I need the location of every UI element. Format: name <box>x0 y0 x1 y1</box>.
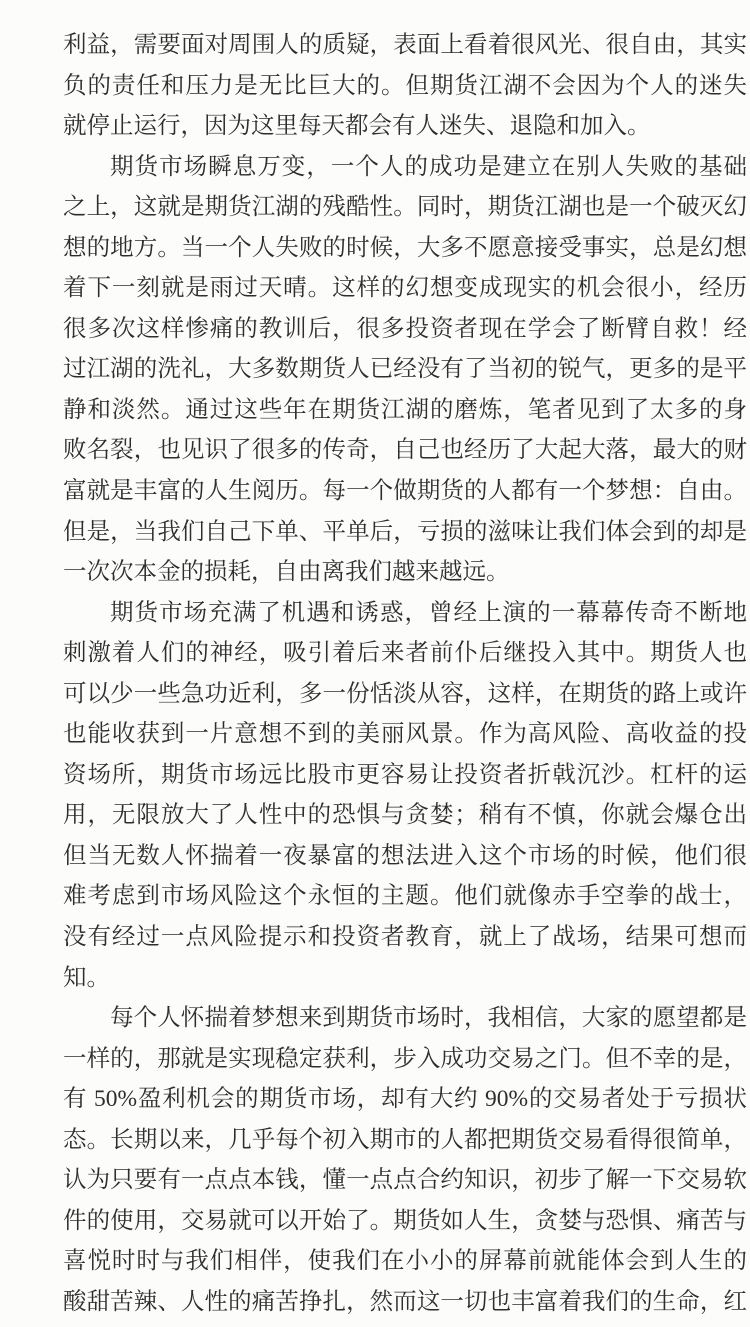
text-line: 也能收获到一片意想不到的美丽风景。作为高风险、高收益的投 <box>63 714 747 755</box>
text-line: 没有经过一点风险提示和投资者教育，就上了战场，结果可想而 <box>63 917 747 958</box>
text-line: 富就是丰富的人生阅历。每一个做期货的人都有一个梦想：自由。 <box>63 471 747 512</box>
text-line: 很多次这样惨痛的教训后，很多投资者现在学会了断臂自救！经 <box>63 309 747 350</box>
text-line: 知。 <box>63 958 747 999</box>
text-line: 静和淡然。通过这些年在期货江湖的磨炼，笔者见到了太多的身 <box>63 390 747 431</box>
text-line: 但当无数人怀揣着一夜暴富的想法进入这个市场的时候，他们很 <box>63 836 747 877</box>
text-line: 件的使用，交易就可以开始了。期货如人生，贪婪与恐惧、痛苦与 <box>63 1201 747 1242</box>
text-line: 认为只要有一点点本钱，懂一点点合约知识，初步了解一下交易软 <box>63 1160 747 1201</box>
text-line: 过江湖的洗礼，大多数期货人已经没有了当初的锐气，更多的是平 <box>63 349 747 390</box>
text-line: 负的责任和压力是无比巨大的。但期货江湖不会因为个人的迷失 <box>63 66 747 107</box>
text-line: 资场所，期货市场远比股市更容易让投资者折戟沉沙。杠杆的运 <box>63 755 747 796</box>
body-text: 利益，需要面对周围人的质疑，表面上看着很风光、很自由，其实背 负的责任和压力是无… <box>63 25 747 1323</box>
text-line: 难考虑到市场风险这个永恒的主题。他们就像赤手空拳的战士， <box>63 876 747 917</box>
text-line: 一样的，那就是实现稳定获利，步入成功交易之门。但不幸的是， <box>63 1039 747 1080</box>
text-line: 利益，需要面对周围人的质疑，表面上看着很风光、很自由，其实背 <box>63 25 747 66</box>
text-line: 喜悦时时与我们相伴，使我们在小小的屏幕前就能体会到人生的 <box>63 1241 747 1282</box>
text-line: 可以少一些急功近利，多一份恬淡从容，这样，在期货的路上或许 <box>63 674 747 715</box>
text-line: 态。长期以来，几乎每个初入期市的人都把期货交易看得很简单， <box>63 1120 747 1161</box>
text-line: 期货市场瞬息万变，一个人的成功是建立在别人失败的基础 <box>63 147 747 188</box>
text-line: 一次次本金的损耗，自由离我们越来越远。 <box>63 552 747 593</box>
text-line: 败名裂，也见识了很多的传奇，自己也经历了大起大落，最大的财 <box>63 430 747 471</box>
text-line: 用，无限放大了人性中的恐惧与贪婪；稍有不慎，你就会爆仓出局。 <box>63 795 747 836</box>
text-line: 期货市场充满了机遇和诱惑，曾经上演的一幕幕传奇不断地 <box>63 593 747 634</box>
text-line: 就停止运行，因为这里每天都会有人迷失、退隐和加入。 <box>63 106 747 147</box>
text-line: 想的地方。当一个人失败的时候，大多不愿意接受事实，总是幻想 <box>63 228 747 269</box>
text-line: 每个人怀揣着梦想来到期货市场时，我相信，大家的愿望都是 <box>63 998 747 1039</box>
text-line: 有 50%盈利机会的期货市场，却有大约 90%的交易者处于亏损状 <box>63 1079 747 1120</box>
text-line: 之上，这就是期货江湖的残酷性。同时，期货江湖也是一个破灭幻 <box>63 187 747 228</box>
text-line: 着下一刻就是雨过天晴。这样的幻想变成现实的机会很小，经历 <box>63 268 747 309</box>
text-line: 酸甜苦辣、人性的痛苦挣扎，然而这一切也丰富着我们的生命，红 <box>63 1282 747 1323</box>
text-line: 但是，当我们自己下单、平单后，亏损的滋味让我们体会到的却是 <box>63 512 747 553</box>
book-page: 利益，需要面对周围人的质疑，表面上看着很风光、很自由，其实背 负的责任和压力是无… <box>0 0 750 1327</box>
text-line: 刺激着人们的神经，吸引着后来者前仆后继投入其中。期货人也 <box>63 633 747 674</box>
